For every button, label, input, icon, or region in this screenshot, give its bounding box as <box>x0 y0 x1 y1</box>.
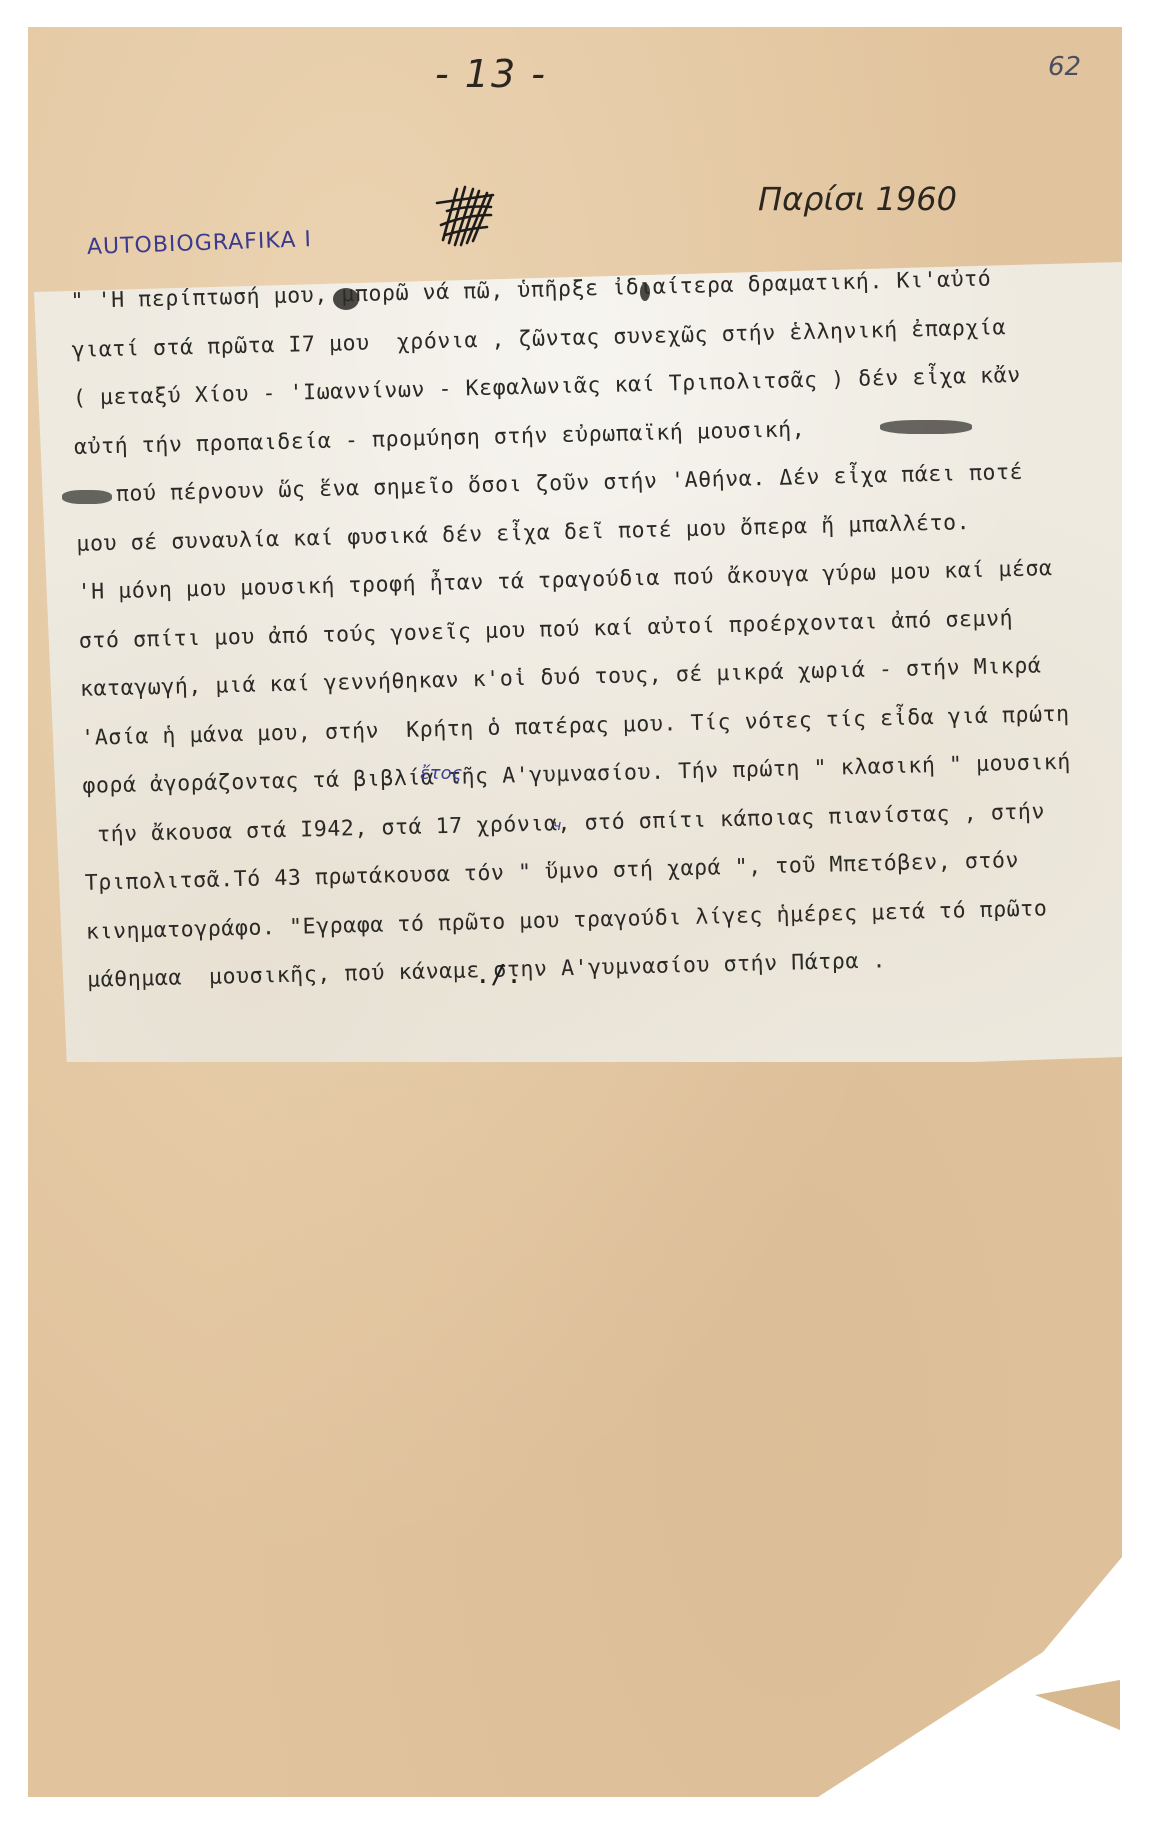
ink-strikeout <box>62 490 112 504</box>
typed-text-block: " 'Η περίπτωσή μου, μπορῶ νά πῶ, ὑπῆρξε … <box>70 253 1127 1006</box>
handwritten-correction: ч <box>553 818 561 834</box>
ink-strikeout <box>640 283 650 301</box>
ink-strikeout <box>880 420 972 434</box>
place-date-note: Παρίσι 1960 <box>758 180 957 218</box>
handwritten-annotation: ἔτος <box>420 763 462 784</box>
archive-number: 62 <box>1048 52 1081 82</box>
folded-corner <box>1035 1680 1120 1730</box>
ink-strikeout <box>333 288 359 310</box>
end-mark: .∕. <box>475 960 522 990</box>
scribble-mark-icon <box>435 185 495 247</box>
page-number: - 13 - <box>435 52 547 96</box>
